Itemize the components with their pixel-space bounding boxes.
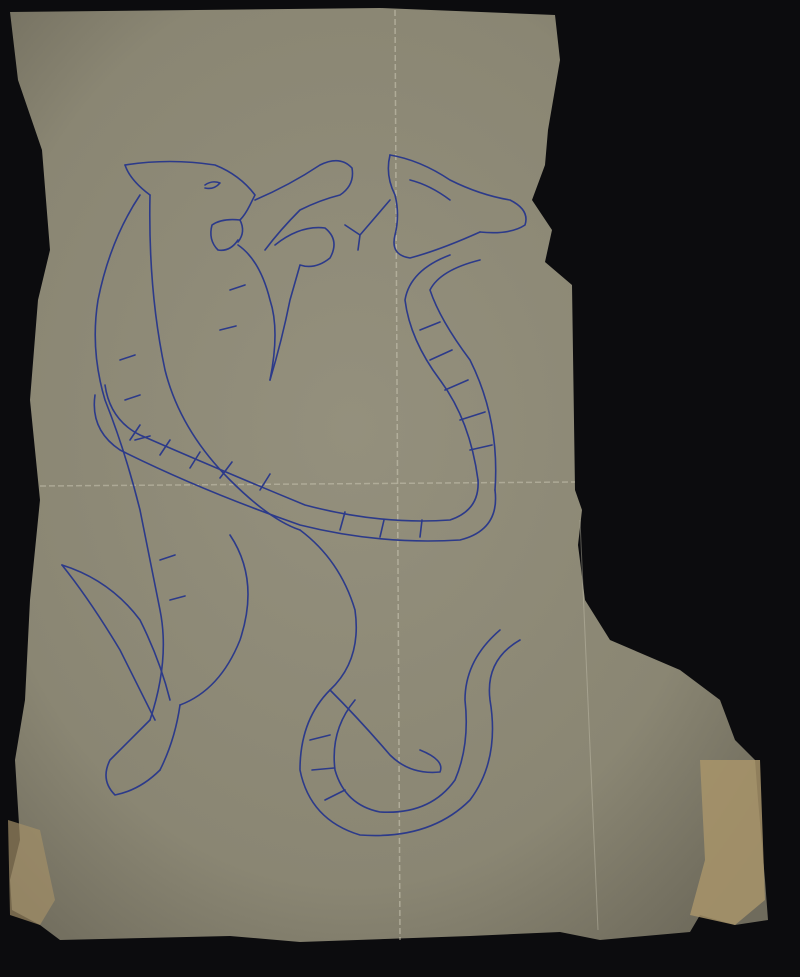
tracing-paper-artwork <box>0 0 800 977</box>
paper-sheet <box>10 8 768 942</box>
